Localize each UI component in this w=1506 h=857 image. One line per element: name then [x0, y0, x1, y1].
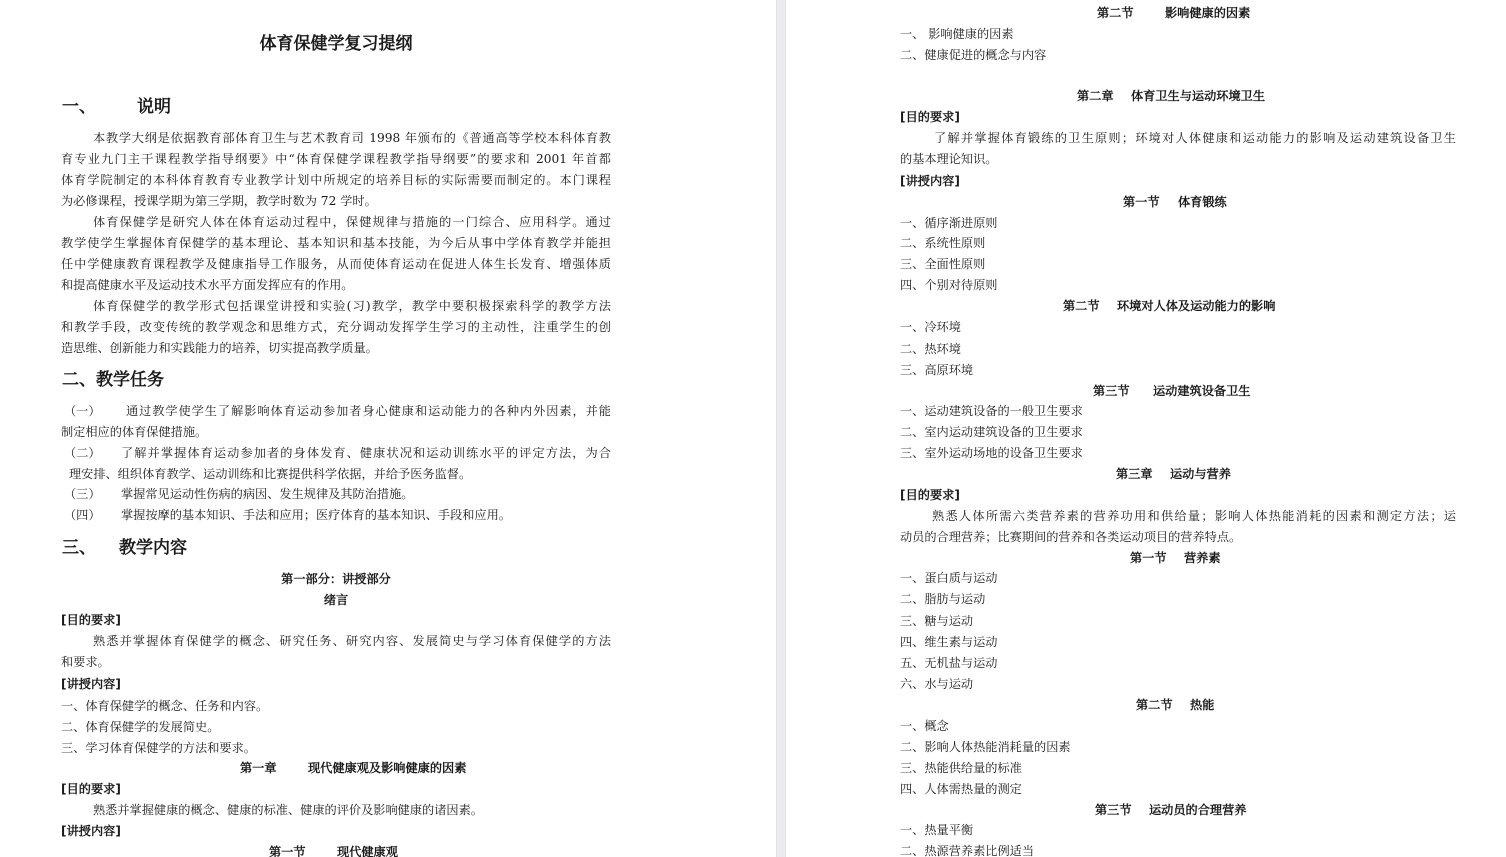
paragraph-line: 任中学健康教育课程教学及健康指导工作服务，从而使体育运动在促进人体生长发育、增强… [61, 256, 611, 272]
goal-line: 熟悉并掌握体育保健学的概念、研究任务、研究内容、发展简史与学习体育保健学的方法 [93, 633, 611, 649]
paragraph-line: 造思维、创新能力和实践能力的培养，切实提高教学质量。 [61, 340, 378, 356]
list-item: 四、个别对待原则 [900, 277, 998, 293]
paragraph-line: 和提高健康水平及运动技术水平方面发挥应有的作用。 [61, 277, 354, 293]
section-number: 第三节 [1093, 383, 1130, 399]
chapter-number: 第二章 [1077, 88, 1114, 104]
content-label: [讲授内容] [900, 173, 960, 189]
list-item: 四、维生素与运动 [900, 634, 998, 650]
task-line: 制定相应的体育保健措施。 [61, 424, 207, 440]
page-divider [776, 0, 786, 857]
document-title: 体育保健学复习提纲 [60, 33, 612, 55]
list-item: 一、运动建筑设备的一般卫生要求 [900, 403, 1083, 419]
list-item: 一、热量平衡 [900, 822, 973, 838]
list-item: 二、系统性原则 [900, 235, 985, 251]
list-item: 三、高原环境 [900, 362, 973, 378]
section-title: 营养素 [1184, 550, 1221, 566]
paragraph-line: 和教学手段，改变传统的教学观念和思维方式，充分调动发挥学生学习的主动性，注重学生… [61, 319, 611, 335]
list-item: 六、水与运动 [900, 676, 973, 692]
goal-label: [目的要求] [61, 781, 121, 797]
task-line: 理安排、组织体育教学、运动训练和比赛提供科学依据，并给予医务监督。 [69, 466, 471, 482]
document-page-right: 第二节 影响健康的因素 一、 影响健康的因素 二、健康促进的概念与内容 第二章 … [786, 0, 1506, 857]
list-item: 二、脂肪与运动 [900, 591, 985, 607]
section-heading-explanation: 说明 [137, 96, 171, 118]
goal-label: [目的要求] [900, 487, 960, 503]
section-title: 运动员的合理营养 [1149, 802, 1247, 818]
section-heading-teaching-content: 教学内容 [119, 537, 187, 559]
list-item: 四、人体需热量的测定 [900, 781, 1022, 797]
task-line: 通过教学使学生了解影响体育运动参加者身心健康和运动能力的各种内外因素，并能 [126, 403, 611, 419]
goal-line: 动员的合理营养；比赛期间的营养和各类运动项目的营养特点。 [900, 529, 1241, 545]
paragraph-line: 体育保健学的教学形式包括课堂讲授和实验(习)教学，教学中要积极探索科学的教学方法 [93, 298, 611, 314]
section-title: 环境对人体及运动能力的影响 [1117, 298, 1275, 314]
list-item: 三、全面性原则 [900, 256, 985, 272]
section-title: 热能 [1190, 697, 1214, 713]
goal-label: [目的要求] [61, 612, 121, 628]
document-page-left: 体育保健学复习提纲 一、 说明 本教学大纲是依据教育部体育卫生与艺术教育司 19… [0, 0, 776, 857]
section-heading-number: 一、 [62, 96, 96, 118]
paragraph-line: 体育学院制定的本科体育教育专业教学计划中所规定的培养目标的实际需要而制定的。本门… [61, 172, 611, 188]
content-item: 二、体育保健学的发展简史。 [61, 719, 219, 735]
chapter-number: 第一章 [240, 760, 277, 776]
section-title: 影响健康的因素 [1165, 5, 1250, 21]
content-item: 三、学习体育保健学的方法和要求。 [61, 740, 256, 756]
section-number: 第三节 [1095, 802, 1132, 818]
task-line: 了解并掌握体育运动参加者的身体发育、健康状况和运动训练水平的评定方法，为合 [121, 445, 611, 461]
goal-line: 熟悉人体所需六类营养素的营养功用和供给量；影响人体热能消耗的因素和测定方法；运 [932, 508, 1456, 524]
paragraph-line: 本教学大纲是依据教育部体育卫生与艺术教育司 1998 年颁布的《普通高等学校本科… [93, 130, 611, 146]
chapter-title: 现代健康观及影响健康的因素 [308, 760, 466, 776]
list-item: 二、健康促进的概念与内容 [900, 47, 1046, 63]
section-heading-teaching-tasks: 二、教学任务 [62, 369, 164, 391]
paragraph-line: 体育保健学是研究人体在体育运动过程中，保健规律与措施的一门综合、应用科学。通过 [93, 214, 611, 230]
list-item: 一、循序渐进原则 [900, 215, 998, 231]
task-line: 掌握按摩的基本知识、手法和应用；医疗体育的基本知识、手段和应用。 [121, 507, 511, 523]
paragraph-line: 育专业九门主干课程教学指导纲要》中“体育保健学课程教学指导纲要”的要求和 200… [61, 151, 611, 167]
chapter-title: 体育卫生与运动环境卫生 [1131, 88, 1265, 104]
goal-line: 和要求。 [61, 654, 110, 670]
list-item: 五、无机盐与运动 [900, 655, 998, 671]
section-number: 第二节 [1097, 5, 1134, 21]
task-number: （二） [64, 445, 101, 461]
task-number: （一） [64, 403, 101, 419]
section-number: 第二节 [1136, 697, 1173, 713]
content-item: 一、体育保健学的概念、任务和内容。 [61, 698, 268, 714]
list-item: 二、影响人体热能消耗量的因素 [900, 739, 1071, 755]
task-number: （三） [64, 486, 101, 502]
section-number: 第二节 [1063, 298, 1100, 314]
intro-title: 绪言 [60, 592, 612, 608]
goal-line: 熟悉并掌握健康的概念、健康的标准、健康的评价及影响健康的诸因素。 [93, 802, 483, 818]
section-title: 体育锻练 [1178, 194, 1227, 210]
list-item: 一、冷环境 [900, 319, 961, 335]
list-item: 三、热能供给量的标准 [900, 760, 1022, 776]
list-item: 二、热环境 [900, 341, 961, 357]
list-item: 二、室内运动建筑设备的卫生要求 [900, 424, 1083, 440]
paragraph-line: 为必修课程，授课学期为第三学期，教学时数为 72 学时。 [61, 193, 377, 209]
list-item: 一、蛋白质与运动 [900, 570, 998, 586]
section-number: 第一节 [269, 844, 306, 857]
section-heading-number: 三、 [62, 537, 96, 559]
section-number: 第一节 [1123, 194, 1160, 210]
section-title: 运动建筑设备卫生 [1153, 383, 1251, 399]
list-item: 一、概念 [900, 718, 949, 734]
list-item: 二、热源营养素比例适当 [900, 843, 1034, 857]
chapter-number: 第三章 [1116, 466, 1153, 482]
task-line: 掌握常见运动性伤病的病因、发生规律及其防治措施。 [121, 486, 414, 502]
goal-label: [目的要求] [900, 109, 960, 125]
section-number: 第一节 [1130, 550, 1167, 566]
list-item: 三、糖与运动 [900, 613, 973, 629]
section-title: 现代健康观 [337, 844, 398, 857]
content-label: [讲授内容] [61, 676, 121, 692]
paragraph-line: 教学使学生掌握体育保健学的基本理论、基本知识和基本技能，为今后从事中学体育教学并… [61, 235, 611, 251]
goal-line: 的基本理论知识。 [900, 151, 998, 167]
task-number: （四） [64, 507, 101, 523]
list-item: 三、室外运动场地的设备卫生要求 [900, 445, 1083, 461]
content-label: [讲授内容] [61, 823, 121, 839]
goal-line: 了解并掌握体育锻练的卫生原则；环境对人体健康和运动能力的影响及运动建筑设备卫生 [934, 130, 1456, 146]
list-item: 一、 影响健康的因素 [900, 26, 1014, 42]
part-title: 第一部分：讲授部分 [60, 571, 612, 587]
chapter-title: 运动与营养 [1170, 466, 1231, 482]
